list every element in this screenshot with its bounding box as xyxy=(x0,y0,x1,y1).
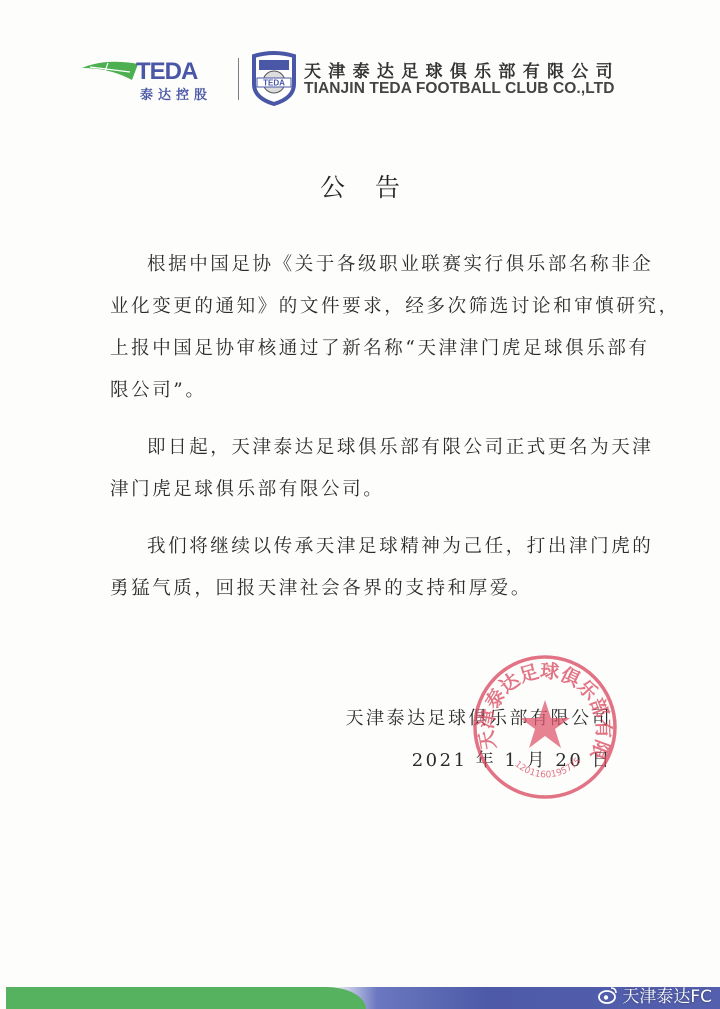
paragraph-1: 根据中国足协《关于各级职业联赛实行俱乐部名称非企 业化变更的通知》的文件要求，经… xyxy=(110,244,630,412)
announcement-body: 根据中国足协《关于各级职业联赛实行俱乐部名称非企 业化变更的通知》的文件要求，经… xyxy=(110,244,630,610)
text-line: 即日起，天津泰达足球俱乐部有限公司正式更名为天津 xyxy=(110,427,630,469)
club-name-chinese: 天津泰达足球俱乐部有限公司 xyxy=(304,57,620,82)
footer-green-stripe xyxy=(6,987,366,1009)
svg-text:TEDA: TEDA xyxy=(263,79,285,88)
teda-logo-subtitle: 泰达控股 xyxy=(140,84,212,103)
svg-text:天津泰达足球俱乐部有限公司: 天津泰达足球俱乐部有限公司 xyxy=(470,652,615,762)
footer-band: 天津泰达FC xyxy=(0,987,720,1009)
text-line: 津门虎足球俱乐部有限公司。 xyxy=(110,469,630,511)
document-title: 公告 xyxy=(0,168,720,204)
text-line: 勇猛气质，回报天津社会各界的支持和厚爱。 xyxy=(110,568,630,610)
text-line: 业化变更的通知》的文件要求，经多次筛选讨论和审慎研究， xyxy=(110,286,630,328)
paragraph-2: 即日起，天津泰达足球俱乐部有限公司正式更名为天津 津门虎足球俱乐部有限公司。 xyxy=(110,427,630,511)
teda-swoosh-icon xyxy=(80,60,142,82)
svg-text:1201160195775: 1201160195775 xyxy=(513,756,584,780)
watermark-text: 天津泰达FC xyxy=(622,982,712,1007)
weibo-icon xyxy=(598,986,618,1004)
company-seal-icon: 天津泰达足球俱乐部有限公司 1201160195775 xyxy=(470,652,620,802)
club-name-english: TIANJIN TEDA FOOTBALL CLUB CO.,LTD xyxy=(304,80,615,98)
teda-logo-text: TEDA xyxy=(136,58,197,86)
weibo-watermark: 天津泰达FC xyxy=(598,982,712,1007)
text-line: 我们将继续以传承天津足球精神为己任，打出津门虎的 xyxy=(110,526,630,568)
letterhead: TEDA 泰达控股 TEDA 天津泰达足球俱乐部有限公司 TIANJIN TED… xyxy=(80,50,660,108)
teda-holdings-logo: TEDA 泰达控股 xyxy=(80,52,230,102)
text-line: 限公司”。 xyxy=(110,370,630,412)
text-line: 根据中国足协《关于各级职业联赛实行俱乐部名称非企 xyxy=(110,244,630,286)
text-line: 上报中国足协审核通过了新名称“天津津门虎足球俱乐部有 xyxy=(110,328,630,370)
paragraph-3: 我们将继续以传承天津足球精神为己任，打出津门虎的 勇猛气质，回报天津社会各界的支… xyxy=(110,526,630,610)
club-crest-icon: TEDA xyxy=(250,50,298,106)
letterhead-divider xyxy=(238,58,239,100)
